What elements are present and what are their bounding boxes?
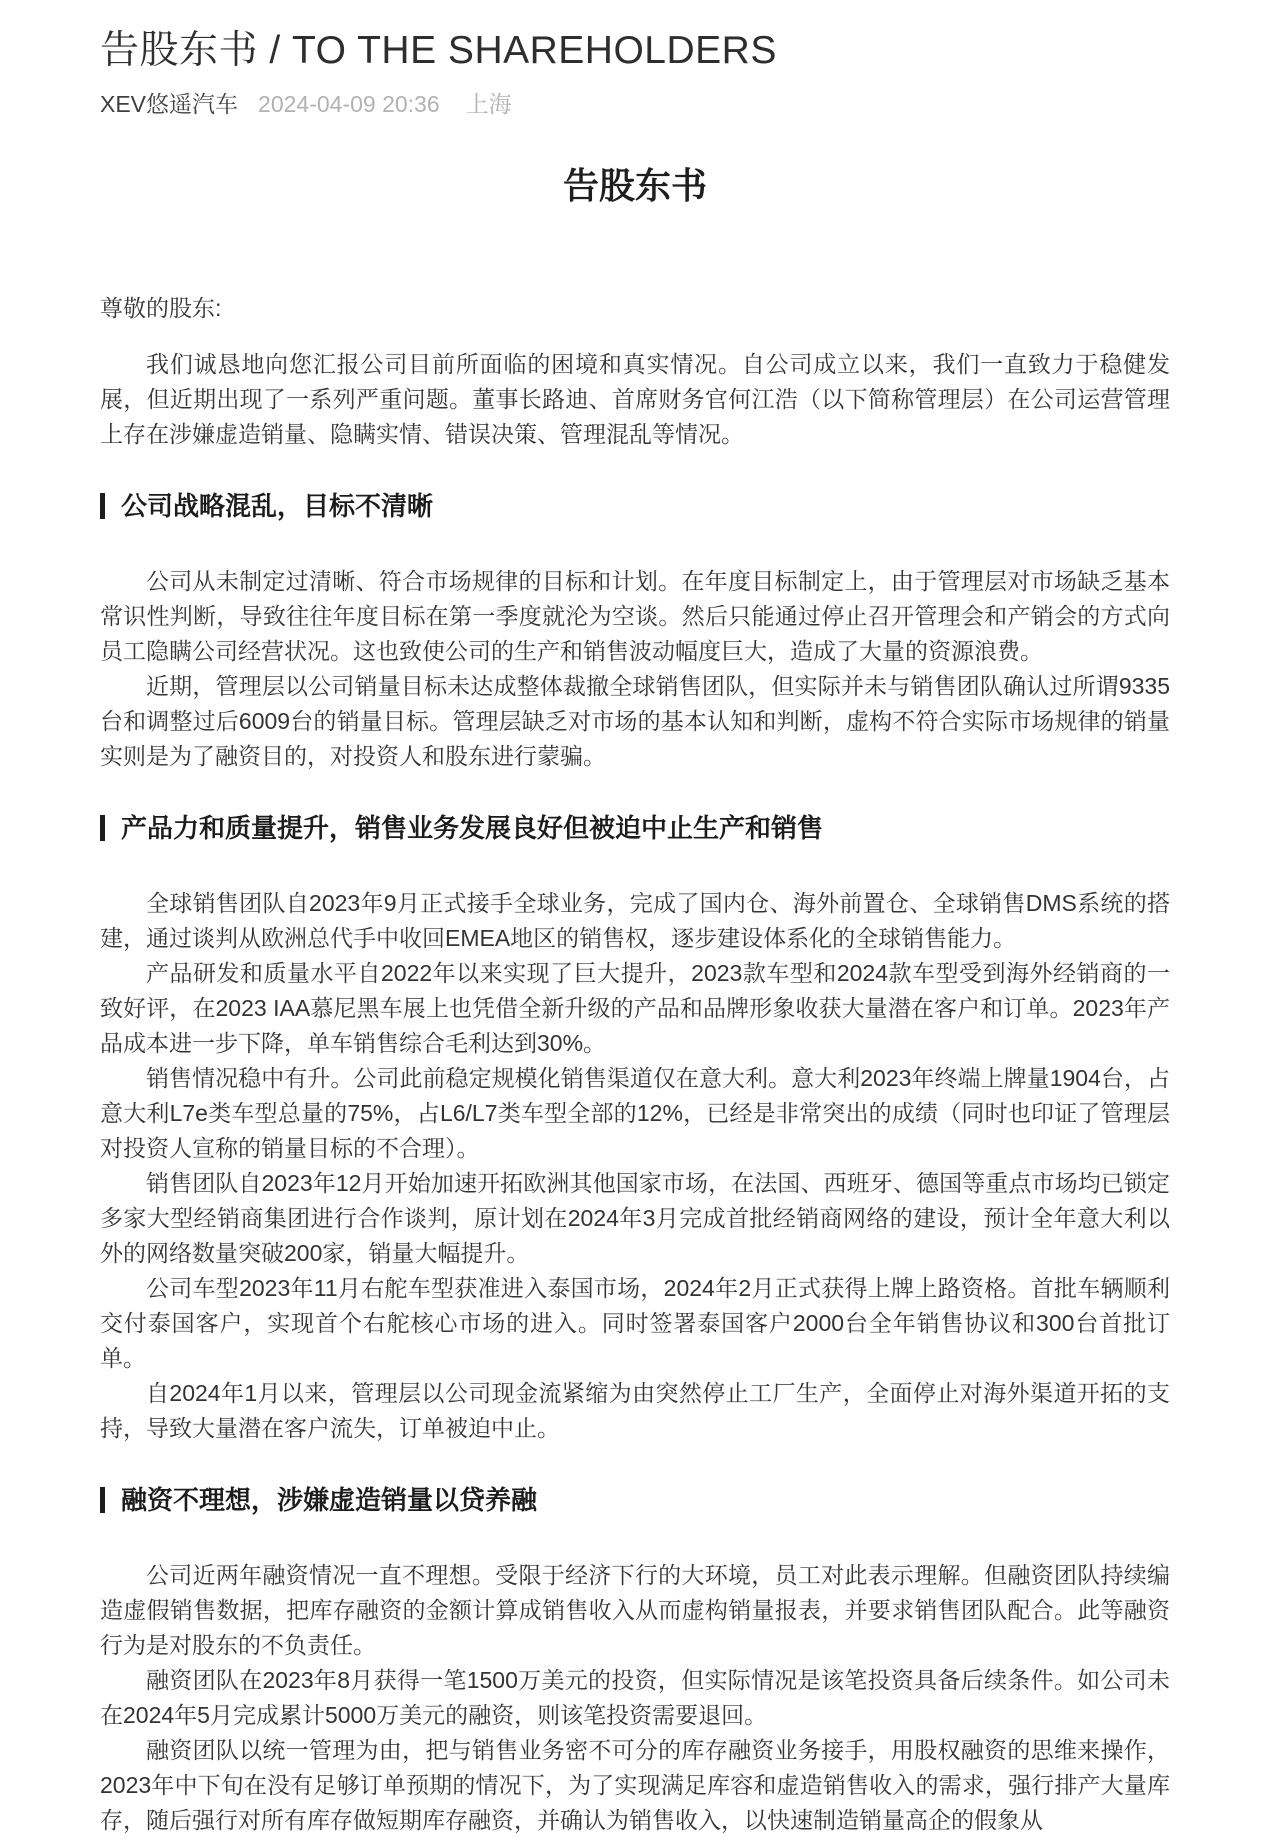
section-heading-product-sales: 产品力和质量提升，销售业务发展良好但被迫中止生产和销售 <box>100 812 1170 844</box>
account-name[interactable]: XEV悠遥汽车 <box>100 89 238 119</box>
article-header: 告股东书 / TO THE SHAREHOLDERS XEV悠遥汽车 2024-… <box>100 26 1170 119</box>
article-page: 告股东书 / TO THE SHAREHOLDERS XEV悠遥汽车 2024-… <box>0 0 1264 1841</box>
byline: XEV悠遥汽车 2024-04-09 20:36 上海 <box>100 89 1170 119</box>
paragraph: 产品研发和质量水平自2022年以来实现了巨大提升，2023款车型和2024款车型… <box>100 956 1170 1061</box>
section-heading-financing: 融资不理想，涉嫌虚造销量以贷养融 <box>100 1484 1170 1516</box>
publish-datetime: 2024-04-09 20:36 <box>258 89 440 119</box>
section-heading-strategy: 公司战略混乱，目标不清晰 <box>100 490 1170 522</box>
paragraph: 自2024年1月以来，管理层以公司现金流紧缩为由突然停止工厂生产，全面停止对海外… <box>100 1376 1170 1446</box>
section-heading-text: 融资不理想，涉嫌虚造销量以贷养融 <box>121 1484 537 1516</box>
section-marker-bar <box>100 815 105 841</box>
paragraph: 融资团队在2023年8月获得一笔1500万美元的投资，但实际情况是该笔投资具备后… <box>100 1663 1170 1733</box>
publish-location: 上海 <box>466 89 512 119</box>
section-marker-bar <box>100 1487 105 1513</box>
section-heading-text: 公司战略混乱，目标不清晰 <box>121 490 433 522</box>
paragraph: 融资团队以统一管理为由，把与销售业务密不可分的库存融资业务接手，用股权融资的思维… <box>100 1733 1170 1838</box>
intro-paragraph: 我们诚恳地向您汇报公司目前所面临的困境和真实情况。自公司成立以来，我们一直致力于… <box>100 347 1170 452</box>
page-title: 告股东书 / TO THE SHAREHOLDERS <box>100 26 1170 75</box>
section-strategy: 公司战略混乱，目标不清晰 公司从未制定过清晰、符合市场规律的目标和计划。在年度目… <box>100 490 1170 774</box>
section-marker-bar <box>100 493 105 519</box>
salutation: 尊敬的股东: <box>100 291 1170 326</box>
paragraph: 全球销售团队自2023年9月正式接手全球业务，完成了国内仓、海外前置仓、全球销售… <box>100 886 1170 956</box>
section-product-sales: 产品力和质量提升，销售业务发展良好但被迫中止生产和销售 全球销售团队自2023年… <box>100 812 1170 1446</box>
paragraph: 销售团队自2023年12月开始加速开拓欧洲其他国家市场，在法国、西班牙、德国等重… <box>100 1166 1170 1271</box>
paragraph: 销售情况稳中有升。公司此前稳定规模化销售渠道仅在意大利。意大利2023年终端上牌… <box>100 1061 1170 1166</box>
section-financing: 融资不理想，涉嫌虚造销量以贷养融 公司近两年融资情况一直不理想。受限于经济下行的… <box>100 1484 1170 1838</box>
paragraph: 公司近两年融资情况一直不理想。受限于经济下行的大环境，员工对此表示理解。但融资团… <box>100 1558 1170 1663</box>
article-title: 告股东书 <box>100 163 1170 209</box>
section-heading-text: 产品力和质量提升，销售业务发展良好但被迫中止生产和销售 <box>121 812 823 844</box>
paragraph: 公司从未制定过清晰、符合市场规律的目标和计划。在年度目标制定上，由于管理层对市场… <box>100 564 1170 669</box>
paragraph: 近期，管理层以公司销量目标未达成整体裁撤全球销售团队，但实际并未与销售团队确认过… <box>100 669 1170 774</box>
paragraph: 公司车型2023年11月右舵车型获准进入泰国市场，2024年2月正式获得上牌上路… <box>100 1271 1170 1376</box>
article-body: 告股东书 尊敬的股东: 我们诚恳地向您汇报公司目前所面临的困境和真实情况。自公司… <box>100 163 1170 1838</box>
